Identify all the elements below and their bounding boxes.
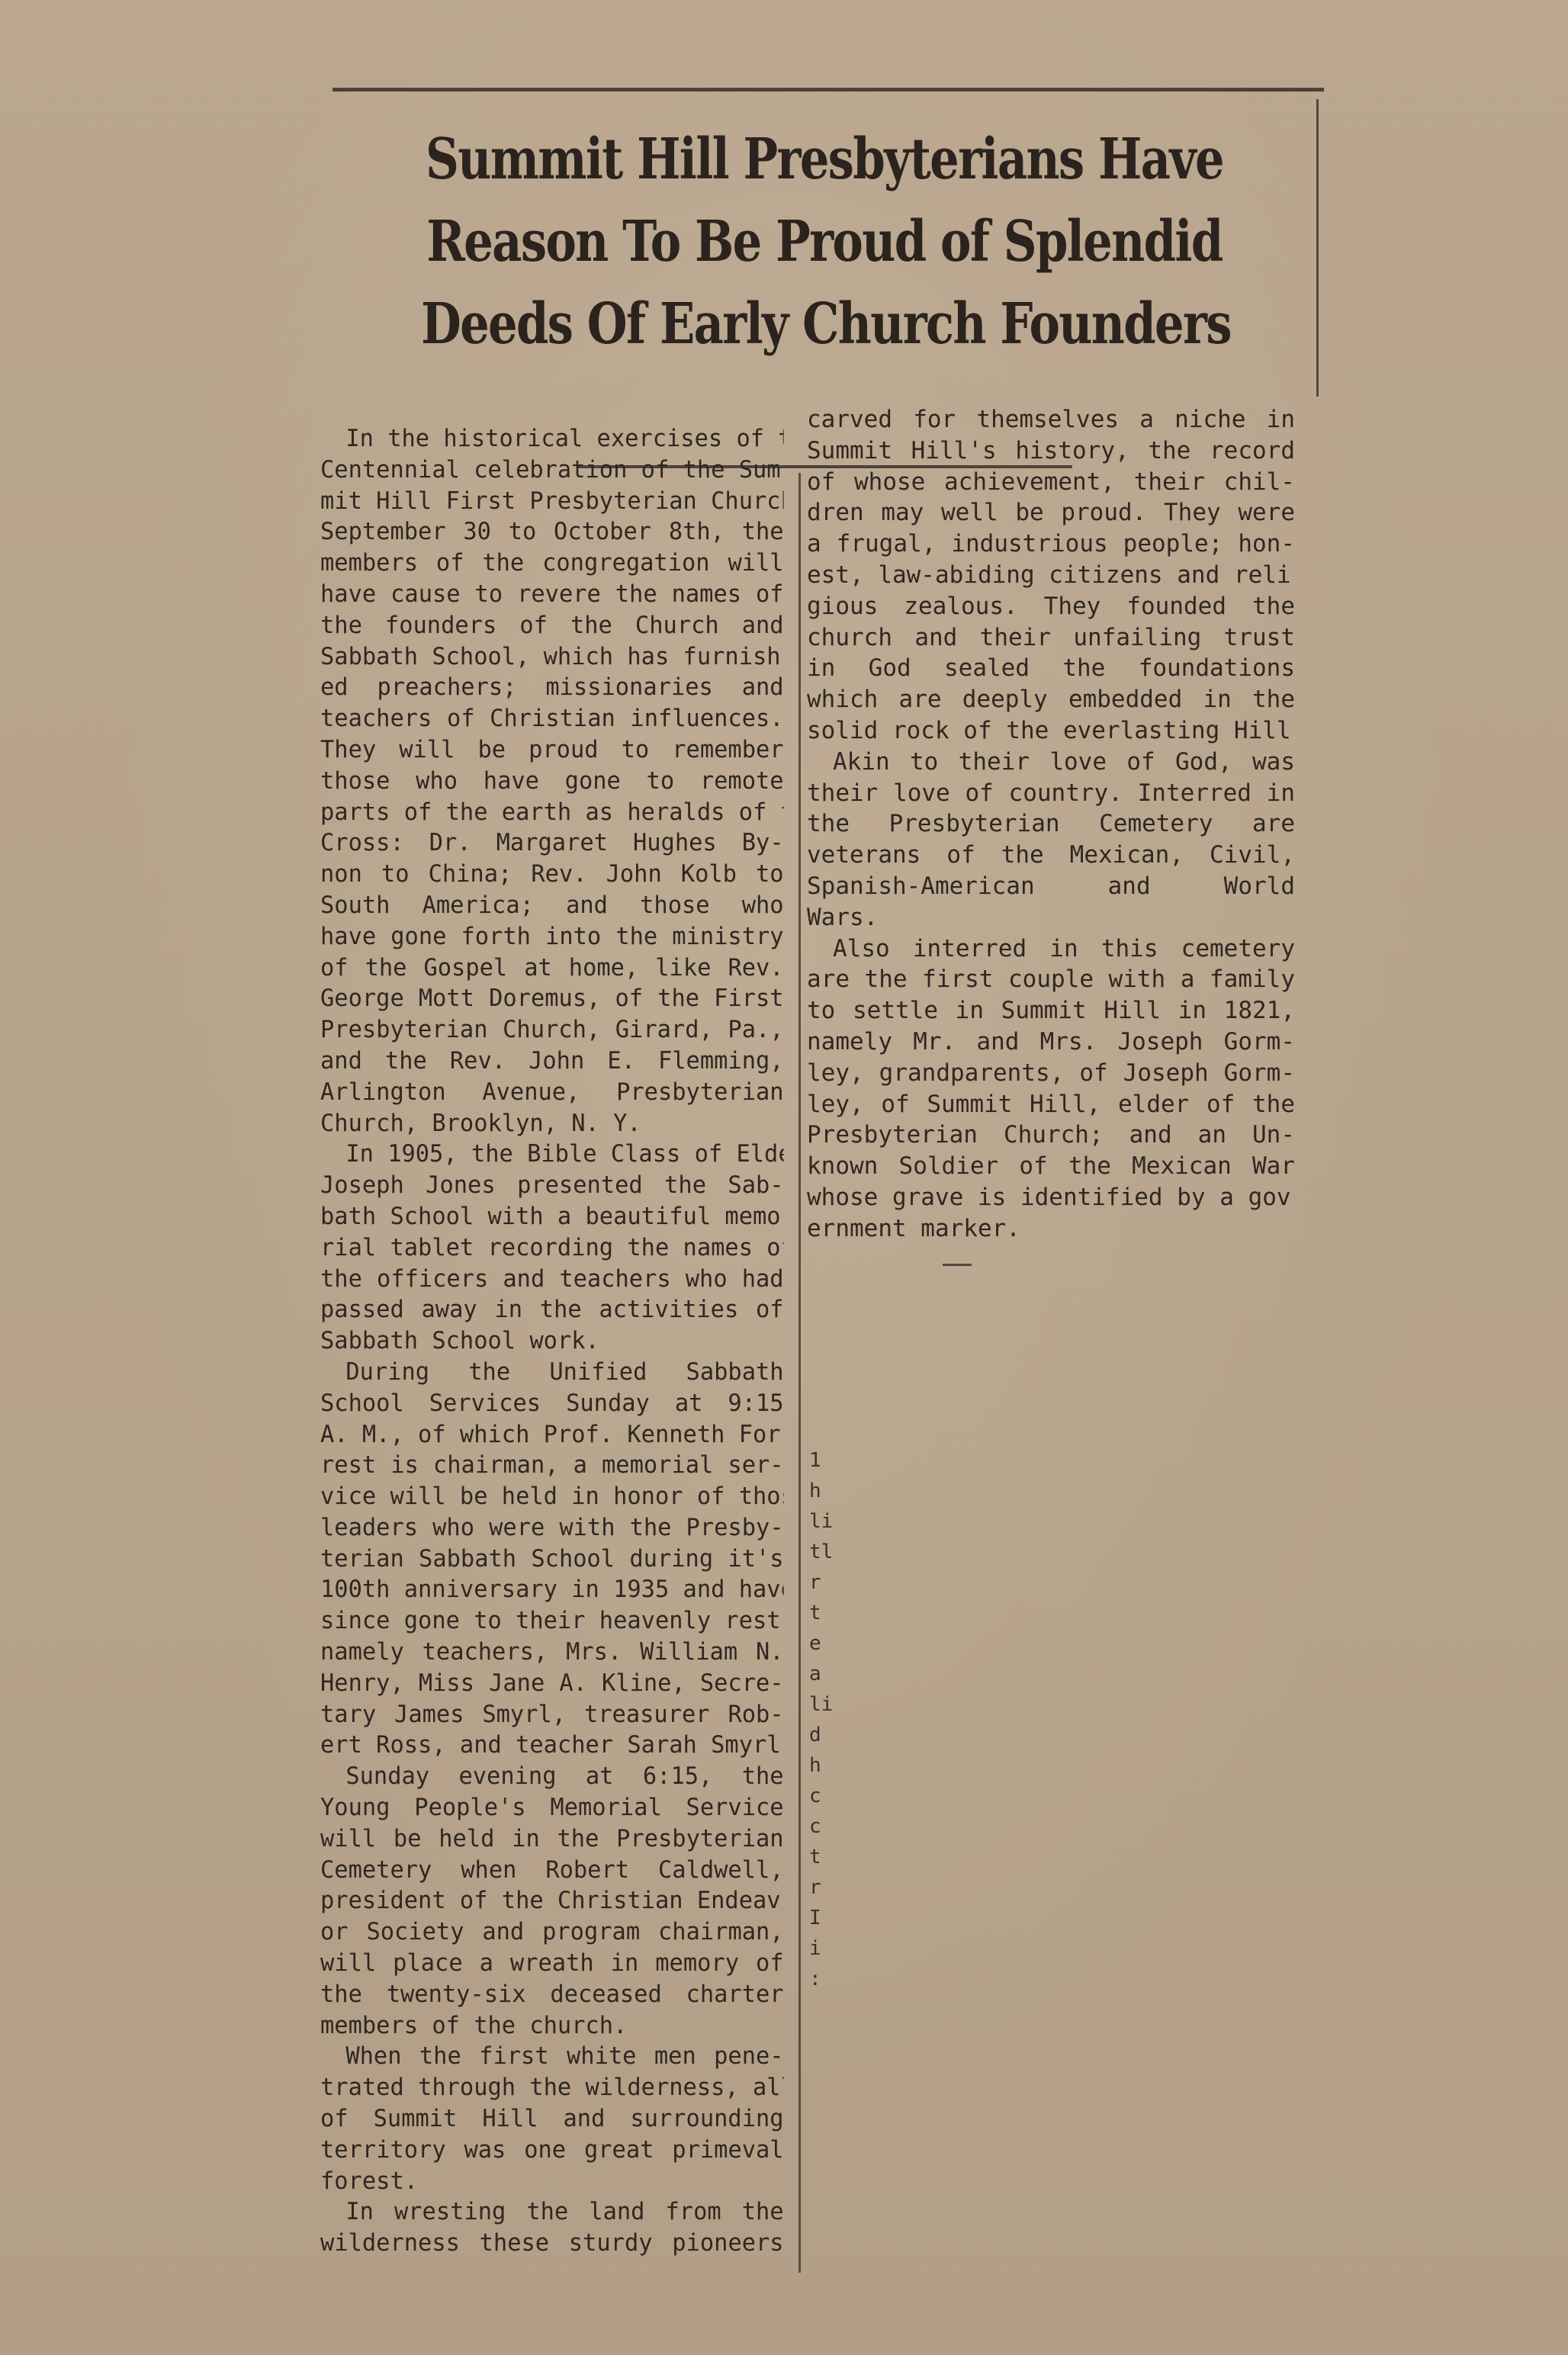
text-line: rest is chairman, a memorial ser- bbox=[320, 1450, 784, 1481]
clipped-adjacent-column: 1hlitlrtealidhcctrIi: bbox=[809, 1445, 832, 1994]
text-line: In the historical exercises of the bbox=[320, 423, 784, 455]
text-line: mit Hill First Presbyterian Church, bbox=[320, 486, 784, 517]
text-line: in God sealed the foundations bbox=[807, 653, 1295, 684]
text-line: passed away in the activities of bbox=[320, 1294, 784, 1325]
text-line: a frugal, industrious people; hon- bbox=[807, 529, 1295, 560]
text-line: members of the congregation will bbox=[320, 548, 784, 579]
text-line: namely teachers, Mrs. William N. bbox=[320, 1637, 784, 1668]
text-line: Church, Brooklyn, N. Y. bbox=[320, 1108, 784, 1139]
text-line: which are deeply embedded in the bbox=[807, 684, 1295, 715]
clipped-char: i bbox=[809, 1933, 832, 1964]
text-line: solid rock of the everlasting Hill. bbox=[807, 715, 1295, 747]
text-line: ley, grandparents, of Joseph Gorm- bbox=[807, 1058, 1295, 1089]
text-line: the twenty-six deceased charter bbox=[320, 1979, 784, 2010]
clipped-char: I bbox=[809, 1903, 832, 1933]
text-line: Also interred in this cemetery bbox=[807, 933, 1295, 965]
clipped-char: 1 bbox=[809, 1445, 832, 1476]
text-line: 100th anniversary in 1935 and have bbox=[320, 1574, 784, 1605]
text-line: When the first white men pene- bbox=[320, 2041, 784, 2072]
text-line: ley, of Summit Hill, elder of the bbox=[807, 1089, 1295, 1120]
text-line: veterans of the Mexican, Civil, bbox=[807, 840, 1295, 871]
top-rule bbox=[333, 88, 1324, 92]
text-line: since gone to their heavenly rest; bbox=[320, 1605, 784, 1637]
text-line: In wresting the land from the bbox=[320, 2196, 784, 2228]
text-line: of whose achievement, their chil- bbox=[807, 467, 1295, 498]
text-line: George Mott Doremus, of the First bbox=[320, 983, 784, 1014]
text-line: members of the church. bbox=[320, 2010, 784, 2042]
text-line: A. M., of which Prof. Kenneth For- bbox=[320, 1419, 784, 1451]
text-line: are the first couple with a family bbox=[807, 964, 1295, 995]
text-line: ed preachers; missionaries and bbox=[320, 672, 784, 703]
text-line: president of the Christian Endeav- bbox=[320, 1885, 784, 1916]
text-line: church and their unfailing trust bbox=[807, 622, 1295, 654]
text-line: Sabbath School work. bbox=[320, 1325, 784, 1357]
text-line: Akin to their love of God, was bbox=[807, 747, 1295, 778]
text-line: terian Sabbath School during it's bbox=[320, 1544, 784, 1575]
clipped-char: d bbox=[809, 1720, 832, 1750]
text-line: Henry, Miss Jane A. Kline, Secre- bbox=[320, 1668, 784, 1699]
text-line: have cause to revere the names of bbox=[320, 579, 784, 610]
text-line: known Soldier of the Mexican War bbox=[807, 1151, 1295, 1182]
column-divider bbox=[798, 473, 801, 2273]
text-line: non to China; Rev. John Kolb to bbox=[320, 859, 784, 890]
clipped-char: a bbox=[809, 1659, 832, 1689]
clipped-char: li bbox=[809, 1506, 832, 1537]
text-line: and the Rev. John E. Flemming, bbox=[320, 1046, 784, 1077]
text-line: Sabbath School, which has furnish- bbox=[320, 641, 784, 673]
text-line: trated through the wilderness, all bbox=[320, 2072, 784, 2103]
headline: Summit Hill Presbyterians Have Reason To… bbox=[421, 118, 1228, 365]
text-line: bath School with a beautiful memo- bbox=[320, 1201, 784, 1232]
text-line: They will be proud to remember bbox=[320, 734, 784, 766]
text-line: forest. bbox=[320, 2166, 784, 2197]
clipped-char: r bbox=[809, 1872, 832, 1903]
clipped-char: e bbox=[809, 1628, 832, 1659]
text-line: September 30 to October 8th, the bbox=[320, 516, 784, 548]
text-line: In 1905, the Bible Class of Elder bbox=[320, 1139, 784, 1170]
text-line: their love of country. Interred in bbox=[807, 778, 1295, 809]
text-line: to settle in Summit Hill in 1821, bbox=[807, 995, 1295, 1026]
text-line: or Society and program chairman, bbox=[320, 1916, 784, 1948]
text-line: will place a wreath in memory of bbox=[320, 1948, 784, 1979]
clipped-char: h bbox=[809, 1476, 832, 1506]
clipped-char: : bbox=[809, 1964, 832, 1994]
headline-line-1: Summit Hill Presbyterians Have bbox=[421, 118, 1228, 201]
text-line: territory was one great primeval bbox=[320, 2135, 784, 2166]
text-line: Summit Hill's history, the record bbox=[807, 435, 1295, 467]
article-right-column: carved for themselves a niche inSummit H… bbox=[807, 404, 1295, 1245]
text-line: teachers of Christian influences. bbox=[320, 703, 784, 734]
text-line: dren may well be proud. They were bbox=[807, 497, 1295, 529]
text-line: leaders who were with the Presby- bbox=[320, 1512, 784, 1544]
text-line: Presbyterian Church; and an Un- bbox=[807, 1120, 1295, 1151]
text-line: Joseph Jones presented the Sab- bbox=[320, 1170, 784, 1201]
clipped-char: c bbox=[809, 1781, 832, 1811]
text-line: will be held in the Presbyterian bbox=[320, 1823, 784, 1855]
text-line: namely Mr. and Mrs. Joseph Gorm- bbox=[807, 1026, 1295, 1058]
text-line: rial tablet recording the names of bbox=[320, 1232, 784, 1264]
text-line: South America; and those who bbox=[320, 890, 784, 921]
text-line: wilderness these sturdy pioneers bbox=[320, 2228, 784, 2259]
clipped-char: h bbox=[809, 1750, 832, 1781]
text-line: During the Unified Sabbath bbox=[320, 1357, 784, 1388]
text-line: ert Ross, and teacher Sarah Smyrl. bbox=[320, 1730, 784, 1761]
text-line: of Summit Hill and surrounding bbox=[320, 2103, 784, 2135]
text-line: the Presbyterian Cemetery are bbox=[807, 808, 1295, 840]
text-line: Arlington Avenue, Presbyterian bbox=[320, 1077, 784, 1108]
text-line: Sunday evening at 6:15, the bbox=[320, 1761, 784, 1792]
text-line: Young People's Memorial Service bbox=[320, 1792, 784, 1823]
text-line: the founders of the Church and bbox=[320, 610, 784, 641]
headline-line-3: Deeds Of Early Church Founders bbox=[421, 283, 1228, 365]
text-line: School Services Sunday at 9:15 bbox=[320, 1388, 784, 1419]
text-line: carved for themselves a niche in bbox=[807, 404, 1295, 435]
text-line: the officers and teachers who had bbox=[320, 1264, 784, 1295]
text-line: Cross: Dr. Margaret Hughes By- bbox=[320, 827, 784, 859]
text-line: Cemetery when Robert Caldwell, bbox=[320, 1855, 784, 1886]
article-left-column: In the historical exercises of theCenten… bbox=[320, 423, 784, 2259]
headline-box-border bbox=[1316, 99, 1319, 397]
article-end-dash bbox=[943, 1264, 972, 1266]
text-line: gious zealous. They founded the bbox=[807, 591, 1295, 622]
text-line: tary James Smyrl, treasurer Rob- bbox=[320, 1699, 784, 1730]
clipped-char: t bbox=[809, 1598, 832, 1628]
newspaper-clipping: Summit Hill Presbyterians Have Reason To… bbox=[333, 76, 1324, 2288]
text-line: est, law-abiding citizens and reli- bbox=[807, 560, 1295, 591]
text-line: Centennial celebration of the Sum- bbox=[320, 455, 784, 486]
text-line: have gone forth into the ministry bbox=[320, 921, 784, 953]
clipped-char: tl bbox=[809, 1537, 832, 1567]
text-line: vice will be held in honor of those bbox=[320, 1481, 784, 1512]
clipped-char: t bbox=[809, 1842, 832, 1872]
text-line: those who have gone to remote bbox=[320, 766, 784, 797]
text-line: Presbyterian Church, Girard, Pa., bbox=[320, 1014, 784, 1046]
text-line: ernment marker. bbox=[807, 1213, 1295, 1245]
text-line: parts of the earth as heralds of the bbox=[320, 797, 784, 828]
text-line: Wars. bbox=[807, 902, 1295, 933]
text-line: of the Gospel at home, like Rev. bbox=[320, 953, 784, 984]
clipped-char: c bbox=[809, 1811, 832, 1842]
headline-line-2: Reason To Be Proud of Splendid bbox=[421, 201, 1228, 283]
clipped-char: r bbox=[809, 1567, 832, 1598]
text-line: whose grave is identified by a gov- bbox=[807, 1182, 1295, 1213]
clipped-char: li bbox=[809, 1689, 832, 1720]
text-line: Spanish-American and World bbox=[807, 871, 1295, 902]
